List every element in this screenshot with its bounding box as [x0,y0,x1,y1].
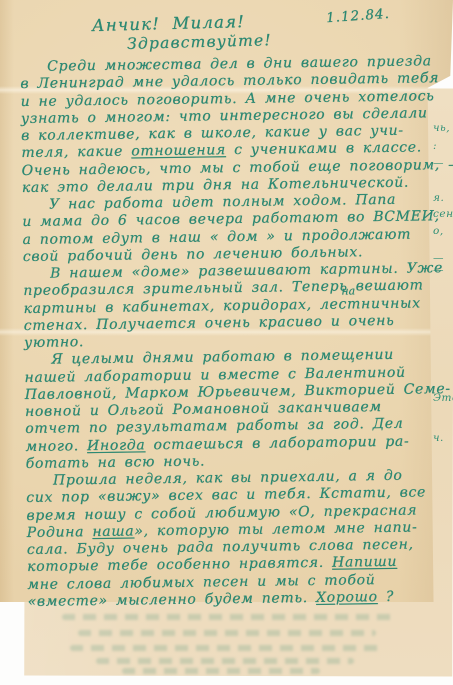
line-text: остаешься в лаборатории ра- [145,433,409,453]
line-text: много. [25,438,87,455]
line-text: с учениками в классе. [226,140,422,159]
underlined-word: отношения [131,142,226,159]
bleed-through-text [96,658,354,664]
bleed-through-text [70,645,382,651]
line-text: ботать на всю ночь. [26,453,206,472]
line-text: теля, какие [21,144,131,162]
bleed-through-text [122,668,320,674]
underlined-word: наша [92,523,134,540]
line-text: «вместе» мысленно будем петь. [27,590,316,610]
letter-body: Среди множества дел в дни вашего приезда… [20,53,453,611]
underlined-word: Хорошо [316,589,378,606]
line-text: Родина [27,524,93,541]
bleed-through-text [78,630,376,636]
underlined-word: Напиши [332,554,397,571]
line-text: уютно. [24,334,84,351]
underlined-word: Иногда [87,437,146,454]
inserted-word: на [341,284,355,297]
scanned-letter: чь, : — я. сен- о, — — Это ч. 1.12.84. А… [0,0,453,685]
salutation-greeting: Здравствуйте! [127,31,272,53]
line-text: ? [378,589,395,605]
bleed-through-text [62,614,392,620]
